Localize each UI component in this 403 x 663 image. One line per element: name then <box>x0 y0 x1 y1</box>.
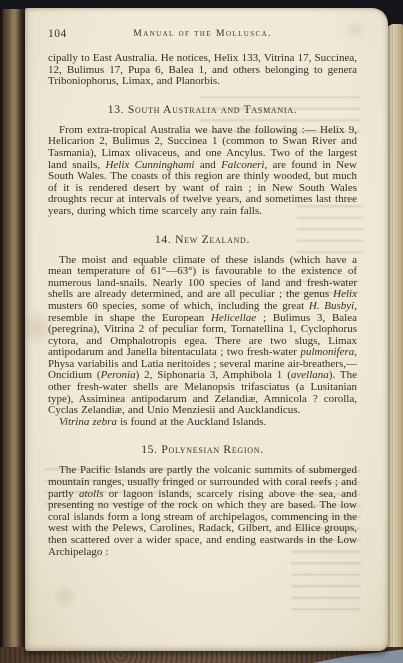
section-heading: 15. Polynesian Region. <box>48 443 357 456</box>
text-segment: The moist and equable climate of these i… <box>48 254 357 301</box>
page-header: 104 Manual of the Mollusca. <box>48 28 357 43</box>
text-segment: and <box>195 159 222 171</box>
paragraph: From extra-tropical Australia we have th… <box>48 125 357 218</box>
text-segment: Falconeri <box>221 159 264 171</box>
section-heading: 13. South Australia and Tasmania. <box>48 103 357 116</box>
section-heading: 14. New Zealand. <box>48 233 357 246</box>
text-segment: Peronia <box>101 369 136 381</box>
page-content: 104 Manual of the Mollusca. cipally to E… <box>48 28 357 558</box>
text-segment: is found at the Auckland Islands. <box>117 416 266 428</box>
text-segment: Vitrina zebra <box>59 416 117 428</box>
text-segment: pulmonifera <box>300 346 354 358</box>
text-segment: atolls <box>79 488 103 500</box>
text-segment: musters 60 species, some of which, inclu… <box>48 300 309 312</box>
scanned-book-photo: 104 Manual of the Mollusca. cipally to E… <box>0 0 403 663</box>
text-segment: Helix <box>333 288 357 300</box>
paragraph: The moist and equable climate of these i… <box>48 255 357 417</box>
paragraph: Vitrina zebra is found at the Auckland I… <box>48 417 357 429</box>
page-fore-edge <box>386 24 403 653</box>
running-header: Manual of the Mollusca. <box>48 28 357 39</box>
paragraph-intro: cipally to East Australia. He notices, H… <box>48 53 357 88</box>
text-segment: Helix Cunninghami <box>105 159 194 171</box>
text-segment: Helicellae <box>211 312 256 324</box>
text-segment: H. Busbyi <box>309 300 354 312</box>
book-spine <box>0 9 26 663</box>
page-number: 104 <box>48 28 67 40</box>
text-segment: cipally to East Australia. He notices, H… <box>48 52 357 87</box>
book-page: 104 Manual of the Mollusca. cipally to E… <box>25 8 388 651</box>
paragraph: The Pacific Islands are partly the volca… <box>48 465 357 558</box>
text-segment: avellana <box>291 369 329 381</box>
text-segment: ) 2, Siphonaria 3, Amphibola 1 ( <box>136 369 291 381</box>
